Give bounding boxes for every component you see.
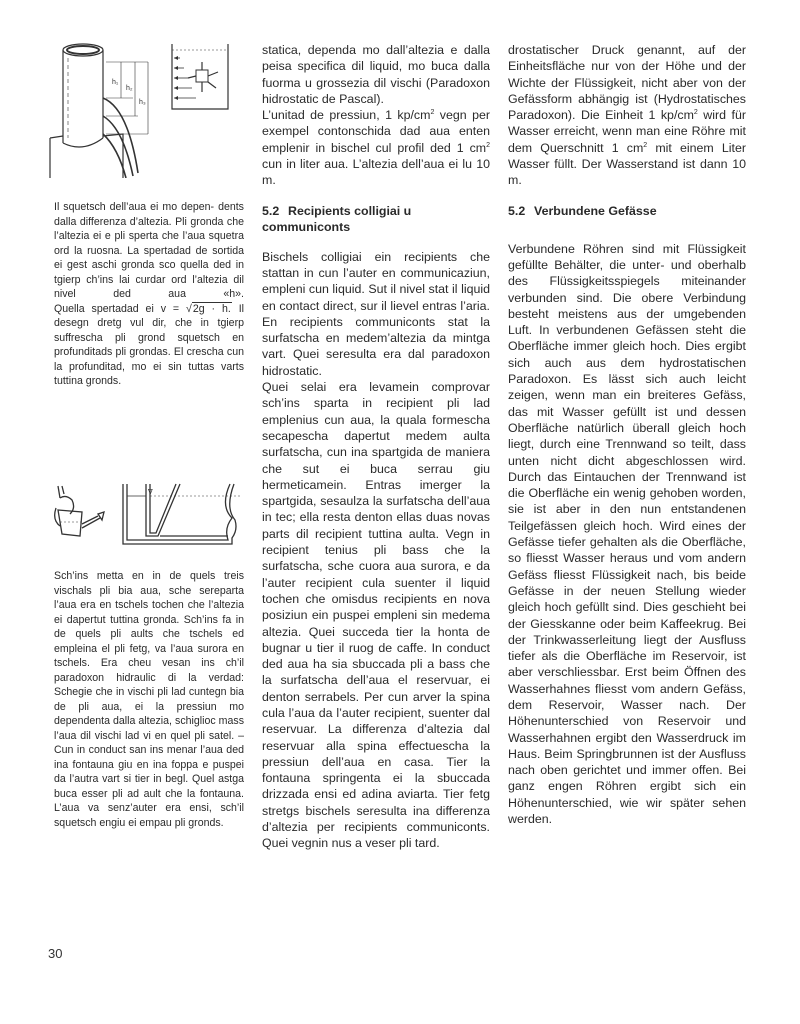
mid-body-p1: Bischels colligiai ein recipients che st… [262,249,490,379]
caption1-rest: Il desegn dretg vul dir, che in tgierp s… [54,303,244,388]
right-column: drostatischer Druck genannt, auf der Ein… [508,42,746,827]
h1-label: h₁ [112,79,119,86]
caption1-line: ruosna. La spertadad de sortida [87,245,244,257]
mid-intro-p2: L’unitad de pressiun, 1 kp/cm2 vegn per … [262,107,490,188]
h3-label: h₃ [139,99,146,106]
communicating-vessels-figure: ∇ [120,480,250,550]
mid-intro-p1: statica, dependa mo dall’altezia e dalla… [262,42,490,107]
level-marker: ∇ [147,488,153,496]
right-intro: drostatischer Druck genannt, auf der Ein… [508,42,746,189]
cylinder-pressure-figure: h₁ h₂ h₃ [48,38,168,178]
section-heading-romansh: 5.2Recipients colligiai u communiconts [262,203,490,235]
caption1-line: ei gest aschi gronda sco quella [54,259,209,271]
velocity-formula: Quella spertadad ei v = √2g · h. [54,302,232,315]
right-body: Verbundene Röhren sind mit Flüssigkeit g… [508,241,746,828]
mid-body-p2: Quei selai era levamein comprovar sch’in… [262,379,490,852]
watering-can-figure [52,484,112,544]
caption-pressure: Il squetsch dell’aua ei mo depen- dents … [54,200,244,389]
caption1-line: Il squetsch dell’aua ei mo depen- [54,201,214,213]
caption-vessels: Sch’ins metta en in de quels treis visch… [54,569,244,830]
vessel-pressure-figure [170,42,230,112]
caption2-text: Sch’ins metta en in de quels treis visch… [54,569,244,830]
page-number: 30 [48,946,62,961]
h2-label: h₂ [126,85,133,92]
section-heading-german: 5.2Verbundene Gefässe [508,203,746,219]
middle-column: statica, dependa mo dall’altezia e dalla… [262,42,490,852]
